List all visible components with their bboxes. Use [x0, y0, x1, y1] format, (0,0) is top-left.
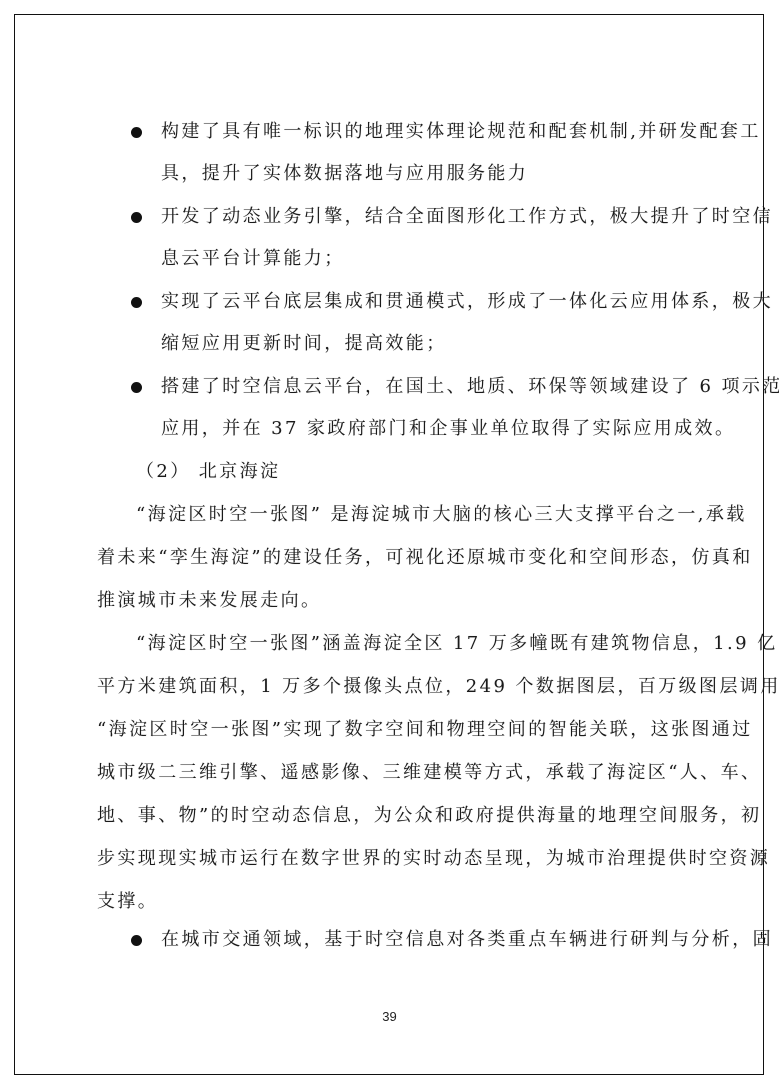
paragraph-line: 城市级二三维引擎、遥感影像、三维建模等方式，承载了海淀区“人、车、	[97, 761, 761, 785]
bullet-dot-icon	[131, 297, 142, 308]
paragraph-line: 着未来“孪生海淀”的建设任务，可视化还原城市变化和空间形态，仿真和	[97, 546, 753, 570]
paragraph-line: “海淀区时空一张图” 是海淀城市大脑的核心三大支撑平台之一,承载	[136, 503, 747, 527]
bullet-text-line: 实现了云平台底层集成和贯通模式，形成了一体化云应用体系，极大	[161, 290, 773, 314]
bullet-text-line: 搭建了时空信息云平台，在国土、地质、环保等领域建设了 6 项示范	[161, 375, 779, 399]
bullet-text-line: 开发了动态业务引擎，结合全面图形化工作方式，极大提升了时空信	[161, 205, 773, 229]
paragraph-line: 地、事、物”的时空动态信息，为公众和政府提供海量的地理空间服务，初	[97, 804, 761, 828]
bullet-text-line: 具，提升了实体数据落地与应用服务能力	[161, 162, 528, 186]
page-number: 39	[0, 1009, 779, 1024]
bullet-text-line: 缩短应用更新时间，提高效能；	[161, 332, 447, 356]
bullet-dot-icon	[131, 127, 142, 138]
bullet-text-line: 息云平台计算能力；	[161, 247, 345, 271]
paragraph-line: “海淀区时空一张图”实现了数字空间和物理空间的智能关联，这张图通过	[97, 718, 753, 742]
paragraph-line: 支撑。	[97, 890, 158, 914]
bullet-dot-icon	[131, 382, 142, 393]
bullet-text-line: 应用，并在 37 家政府部门和企事业单位取得了实际应用成效。	[161, 417, 735, 441]
paragraph-line: “海淀区时空一张图”涵盖海淀全区 17 万多幢既有建筑物信息，1.9 亿	[136, 632, 778, 656]
paragraph-line: 平方米建筑面积，1 万多个摄像头点位，249 个数据图层，百万级图层调用。	[97, 675, 779, 699]
bullet-text-line: 在城市交通领域，基于时空信息对各类重点车辆进行研判与分析，固	[161, 928, 773, 952]
bullet-dot-icon	[131, 935, 142, 946]
bullet-text-line: 构建了具有唯一标识的地理实体理论规范和配套机制,并研发配套工	[161, 120, 761, 144]
paragraph-line: 步实现现实城市运行在数字世界的实时动态呈现，为城市治理提供时空资源	[97, 847, 770, 871]
paragraph-line: 推演城市未来发展走向。	[97, 589, 321, 613]
section-heading: （2） 北京海淀	[136, 460, 280, 484]
bullet-dot-icon	[131, 212, 142, 223]
